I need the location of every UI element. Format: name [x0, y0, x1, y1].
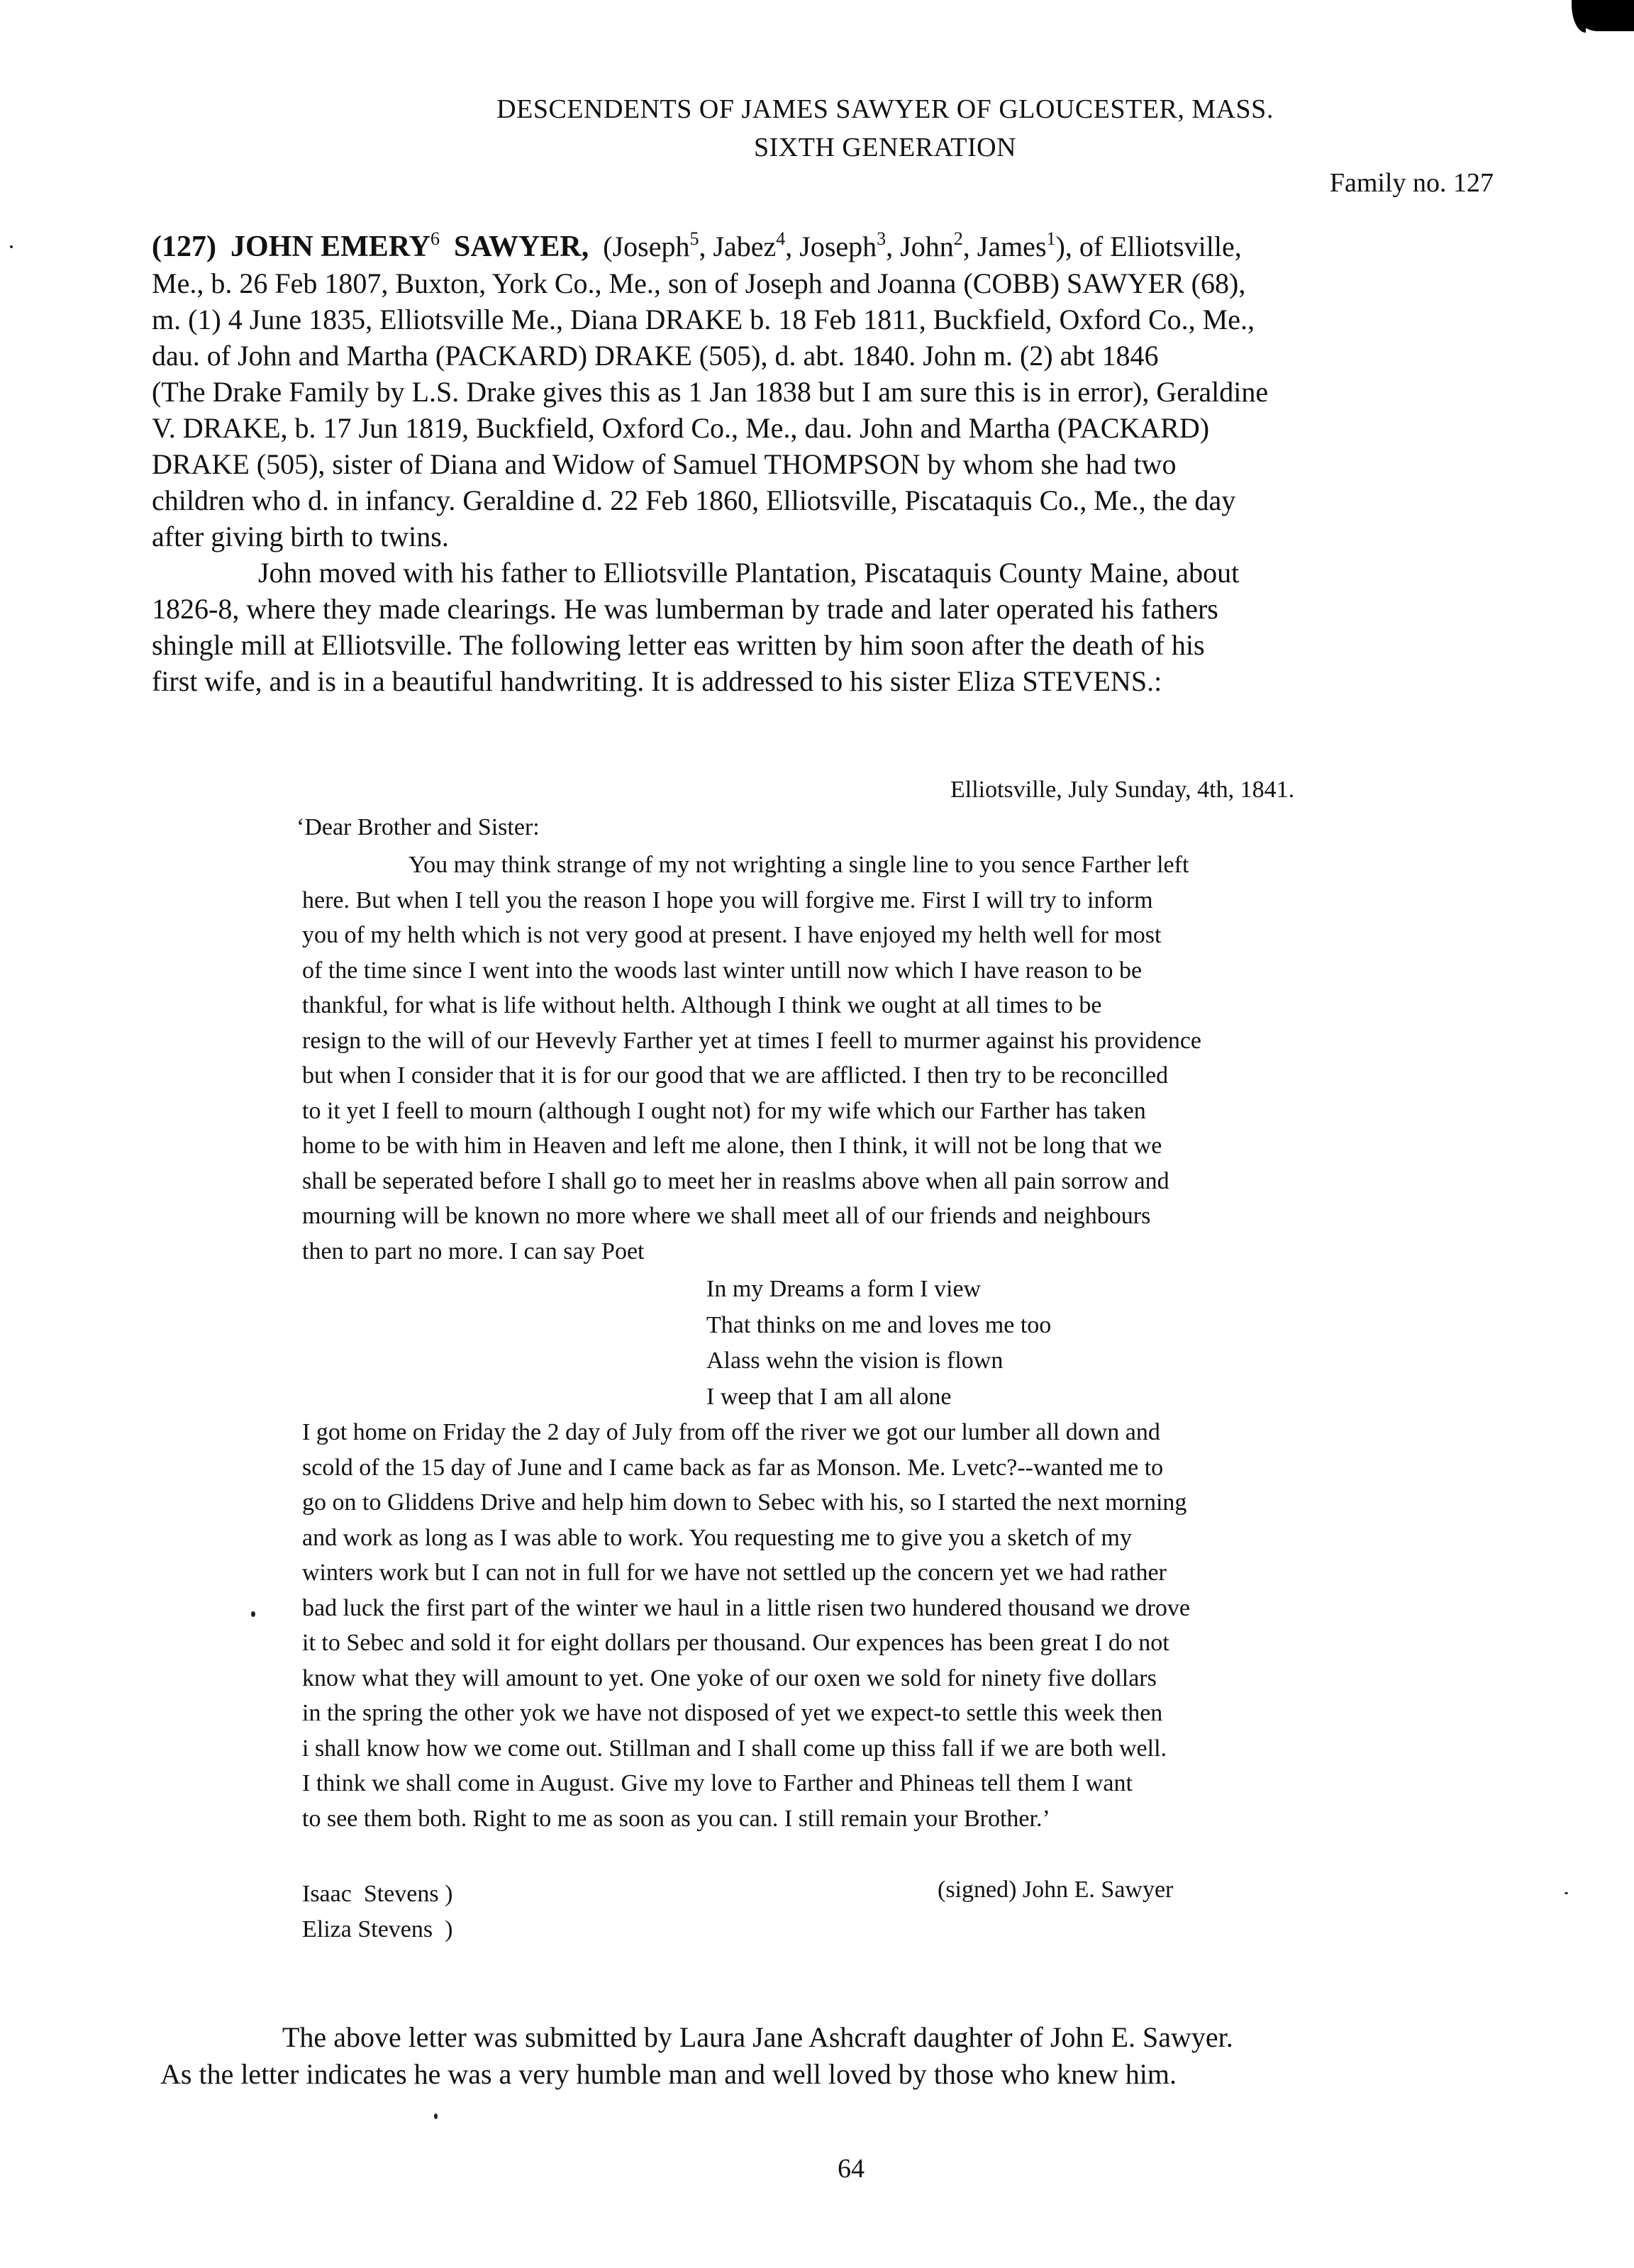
letter-line: mourning will be known no more where we …	[302, 1199, 1508, 1234]
ancestor-generation: 1	[1047, 228, 1056, 249]
letter-addressees: Isaac Stevens )Eliza Stevens )	[302, 1877, 452, 1947]
entry-given-name: JOHN EMERY	[230, 230, 430, 263]
letter-line: in the spring the other yok we have not …	[302, 1696, 1508, 1731]
poem-line: I weep that I am all alone	[706, 1379, 1051, 1416]
letter-line: winters work but I can not in full for w…	[302, 1555, 1508, 1591]
scan-speck	[10, 245, 13, 248]
entry-lines: Me., b. 26 Feb 1807, Buxton, York Co., M…	[152, 265, 1542, 555]
ancestor-generation: 3	[877, 228, 886, 249]
ancestor-name: Joseph	[613, 230, 690, 262]
addressee-line: Eliza Stevens )	[302, 1912, 452, 1947]
ancestor-generation: 4	[776, 228, 785, 249]
closing-paragraph: The above letter was submitted by Laura …	[160, 2019, 1543, 2093]
ancestor-name: James	[977, 230, 1047, 262]
ancestor-name: Jabez	[713, 230, 776, 262]
closing-line: As the letter indicates he was a very hu…	[160, 2056, 1543, 2093]
letter-line: to it yet I feell to mourn (although I o…	[302, 1094, 1508, 1129]
letter-line: to see them both. Right to me as soon as…	[302, 1801, 1508, 1837]
letter-line: I think we shall come in August. Give my…	[302, 1766, 1508, 1801]
letter-line: shall be seperated before I shall go to …	[302, 1164, 1508, 1199]
closing-line: The above letter was submitted by Laura …	[160, 2019, 1543, 2056]
family-number: Family no. 127	[1330, 167, 1494, 199]
biography-line: 1826-8, where they made clearings. He wa…	[152, 591, 1542, 627]
letter-line: know what they will amount to yet. One y…	[302, 1661, 1508, 1696]
scan-speck	[1564, 1892, 1568, 1894]
letter-body-continued: I got home on Friday the 2 day of July f…	[302, 1415, 1508, 1836]
letter-line: it to Sebec and sold it for eight dollar…	[302, 1625, 1508, 1661]
letter-line: here. But when I tell you the reason I h…	[302, 883, 1508, 918]
entry-line: children who d. in infancy. Geraldine d.…	[152, 482, 1542, 518]
letter-line: but when I consider that it is for our g…	[302, 1058, 1508, 1094]
ancestor-generation: 5	[689, 228, 699, 249]
letter-poem: In my Dreams a form I viewThat thinks on…	[706, 1272, 1051, 1415]
letter-salutation: ‘Dear Brother and Sister:	[296, 814, 540, 841]
entry-surname: SAWYER,	[454, 230, 589, 263]
scan-speck	[434, 2113, 438, 2119]
biography-line: shingle mill at Elliotsville. The follow…	[152, 627, 1542, 663]
letter-line: bad luck the first part of the winter we…	[302, 1591, 1508, 1626]
entry-line: after giving birth to twins.	[152, 518, 1542, 555]
letter-line: resign to the will of our Hevevly Farthe…	[302, 1023, 1508, 1059]
entry-line: dau. of John and Martha (PACKARD) DRAKE …	[152, 338, 1542, 374]
entry-line: m. (1) 4 June 1835, Elliotsville Me., Di…	[152, 301, 1542, 338]
letter-dateline: Elliotsville, July Sunday, 4th, 1841.	[950, 777, 1294, 804]
entry-heading-line: (127) JOHN EMERY6 SAWYER, (Joseph5, Jabe…	[152, 228, 1542, 265]
entry-generation: 6	[430, 228, 440, 249]
letter-line: home to be with him in Heaven and left m…	[302, 1128, 1508, 1164]
entry-line: (The Drake Family by L.S. Drake gives th…	[152, 374, 1542, 410]
scan-speck	[251, 1611, 255, 1617]
ancestor-name: John	[900, 230, 954, 262]
document-title: DESCENDENTS OF JAMES SAWYER OF GLOUCESTE…	[68, 94, 1634, 125]
poem-line: Alass wehn the vision is flown	[706, 1343, 1051, 1379]
addressee-line: Isaac Stevens )	[302, 1877, 452, 1912]
letter-body: You may think strange of my not wrightin…	[302, 847, 1508, 1269]
entry-line: DRAKE (505), sister of Diana and Widow o…	[152, 446, 1542, 482]
letter-line: and work as long as I was able to work. …	[302, 1521, 1508, 1556]
ancestor-generation: 2	[954, 228, 963, 249]
letter-line: scold of the 15 day of June and I came b…	[302, 1450, 1508, 1486]
entry-line: Me., b. 26 Feb 1807, Buxton, York Co., M…	[152, 265, 1542, 301]
lineage: Joseph5, Jabez4, Joseph3, John2, James1	[613, 230, 1056, 262]
letter-line: thankful, for what is life without helth…	[302, 988, 1508, 1023]
biography-line: first wife, and is in a beautiful handwr…	[152, 663, 1542, 699]
entry-heading-tail: ), of Elliotsville,	[1056, 230, 1242, 262]
generation-subtitle: SIXTH GENERATION	[68, 132, 1634, 163]
letter-line: go on to Gliddens Drive and help him dow…	[302, 1485, 1508, 1521]
letter-signature: (signed) John E. Sawyer	[938, 1877, 1173, 1903]
poem-line: In my Dreams a form I view	[706, 1272, 1051, 1308]
ancestor-name: Joseph	[799, 230, 877, 262]
biography-lines: John moved with his father to Elliotsvil…	[152, 555, 1542, 699]
entry-paragraph: (127) JOHN EMERY6 SAWYER, (Joseph5, Jabe…	[152, 228, 1542, 699]
entry-line: V. DRAKE, b. 17 Jun 1819, Buckfield, Oxf…	[152, 410, 1542, 446]
letter-line: i shall know how we come out. Stillman a…	[302, 1731, 1508, 1767]
entry-number: (127)	[152, 230, 216, 263]
letter-line: of the time since I went into the woods …	[302, 953, 1508, 989]
letter-line: You may think strange of my not wrightin…	[302, 847, 1508, 883]
letter-line: you of my helth which is not very good a…	[302, 918, 1508, 953]
letter-line: then to part no more. I can say Poet	[302, 1234, 1508, 1269]
page-number: 64	[0, 2153, 1634, 2184]
poem-line: That thinks on me and loves me too	[706, 1308, 1051, 1344]
letter-line: I got home on Friday the 2 day of July f…	[302, 1415, 1508, 1450]
scan-corner-mark	[1577, 0, 1634, 31]
biography-line: John moved with his father to Elliotsvil…	[152, 555, 1542, 591]
